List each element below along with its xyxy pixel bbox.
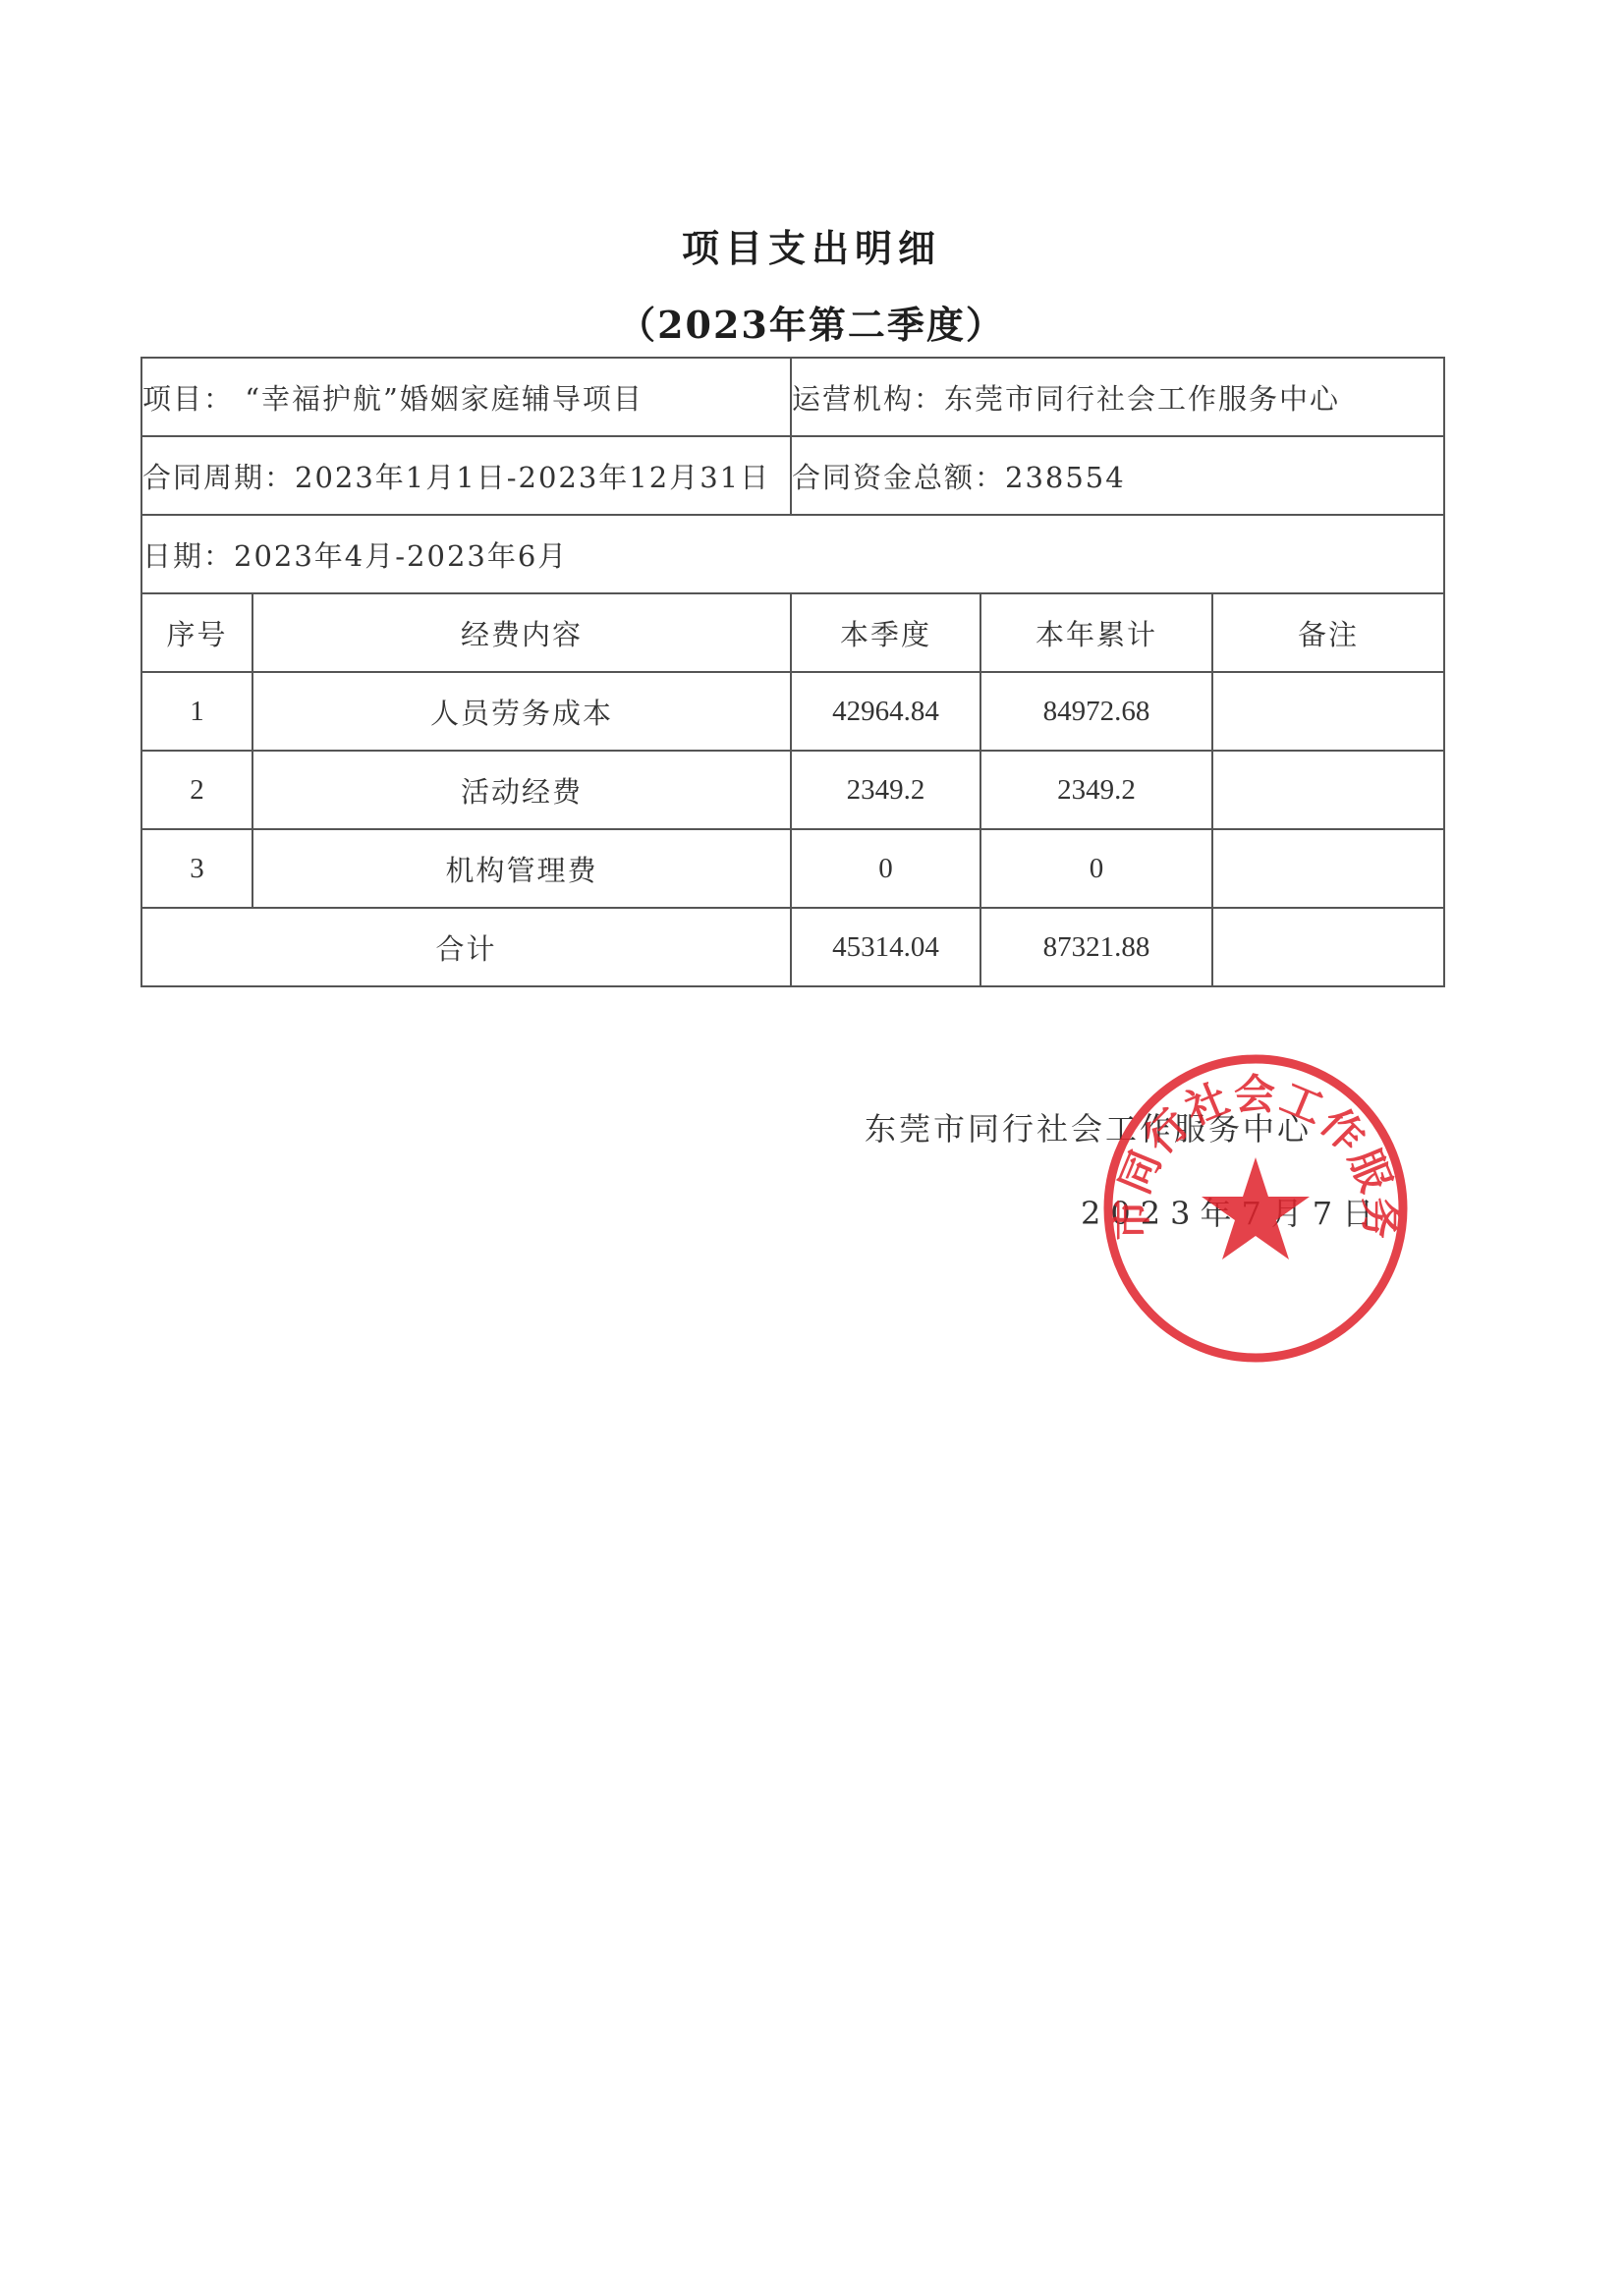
row-note — [1212, 672, 1444, 751]
row-seq: 2 — [141, 751, 252, 829]
table-row: 3 机构管理费 0 0 — [141, 829, 1444, 908]
row-seq: 3 — [141, 829, 252, 908]
total-quarter: 45314.04 — [791, 908, 980, 986]
document-subtitle: （2023年第二季度） — [0, 295, 1623, 349]
star-icon — [1202, 1157, 1310, 1260]
table-row: 1 人员劳务成本 42964.84 84972.68 — [141, 672, 1444, 751]
row-quarter: 42964.84 — [791, 672, 980, 751]
header-note: 备注 — [1212, 593, 1444, 672]
row-content: 活动经费 — [252, 751, 791, 829]
row-year-total: 84972.68 — [980, 672, 1212, 751]
header-content: 经费内容 — [252, 593, 791, 672]
table-header-row: 序号 经费内容 本季度 本年累计 备注 — [141, 593, 1444, 672]
row-note — [1212, 751, 1444, 829]
row-note — [1212, 829, 1444, 908]
expense-table: 项目： “幸福护航”婚姻家庭辅导项目 运营机构：东莞市同行社会工作服务中心 合同… — [140, 357, 1445, 987]
row-quarter: 0 — [791, 829, 980, 908]
table-row: 2 活动经费 2349.2 2349.2 — [141, 751, 1444, 829]
info-row-project: 项目： “幸福护航”婚姻家庭辅导项目 运营机构：东莞市同行社会工作服务中心 — [141, 358, 1444, 436]
total-label: 合计 — [141, 908, 791, 986]
info-row-date: 日期：2023年4月-2023年6月 — [141, 515, 1444, 593]
total-note — [1212, 908, 1444, 986]
project-name: 项目： “幸福护航”婚姻家庭辅导项目 — [141, 358, 791, 436]
total-row: 合计 45314.04 87321.88 — [141, 908, 1444, 986]
official-seal-stamp: 东莞市同行社会工作服务中心 — [1098, 1051, 1413, 1366]
date-range: 日期：2023年4月-2023年6月 — [141, 515, 1444, 593]
row-content: 人员劳务成本 — [252, 672, 791, 751]
operator-name: 运营机构：东莞市同行社会工作服务中心 — [791, 358, 1444, 436]
row-year-total: 0 — [980, 829, 1212, 908]
info-row-contract: 合同周期：2023年1月1日-2023年12月31日 合同资金总额：238554 — [141, 436, 1444, 515]
row-seq: 1 — [141, 672, 252, 751]
contract-total: 合同资金总额：238554 — [791, 436, 1444, 515]
header-year-total: 本年累计 — [980, 593, 1212, 672]
header-seq: 序号 — [141, 593, 252, 672]
header-quarter: 本季度 — [791, 593, 980, 672]
document-title: 项目支出明细 — [0, 218, 1623, 272]
contract-period: 合同周期：2023年1月1日-2023年12月31日 — [141, 436, 791, 515]
row-year-total: 2349.2 — [980, 751, 1212, 829]
row-content: 机构管理费 — [252, 829, 791, 908]
row-quarter: 2349.2 — [791, 751, 980, 829]
total-year: 87321.88 — [980, 908, 1212, 986]
